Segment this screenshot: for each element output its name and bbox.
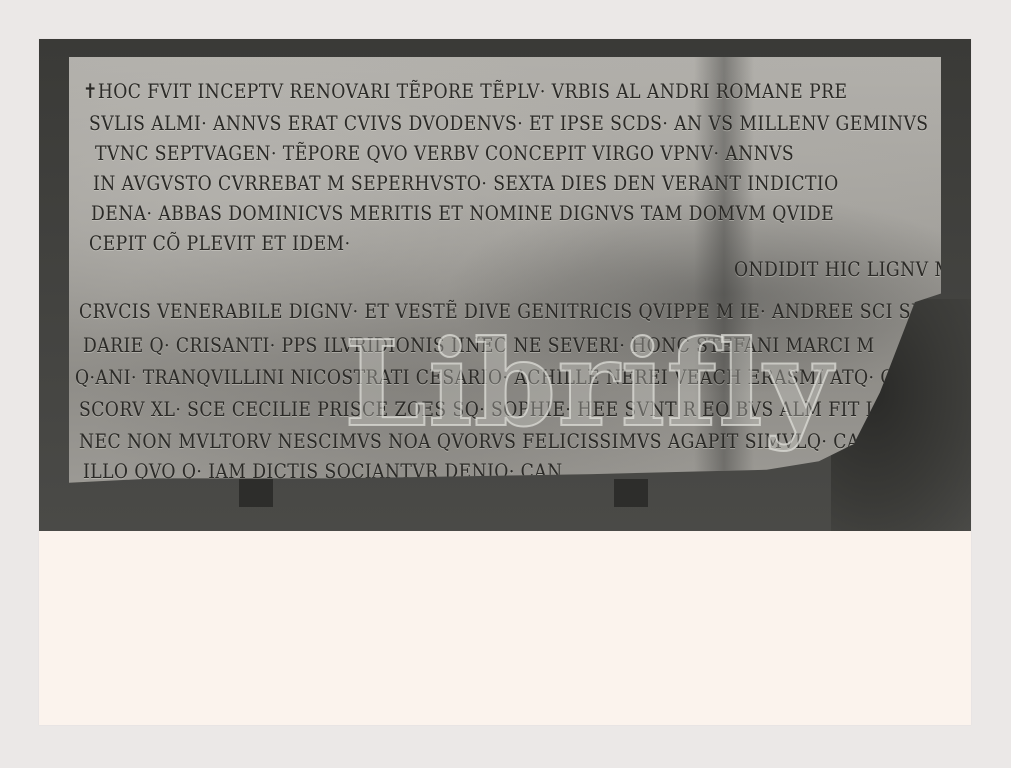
inscription-line-13: ILLO QVO Q· IAM DICTIS SOCIANTVR DENIQ· … — [83, 459, 563, 483]
inscription-photograph: ✝HOC FVIT INCEPTV RENOVARI TẼPORE TẼPLV·… — [39, 39, 971, 531]
inscription-line-3: TVNC SEPTVAGEN· TẼPORE QVO VERBV CONCEPI… — [95, 141, 794, 165]
inscription-line-4: IN AVGVSTO CVRREBAT M SEPERHVSTO· SEXTA … — [93, 171, 839, 195]
slab-support-right — [614, 479, 648, 507]
inscription-line-5: DENA· ABBAS DOMINICVS MERITIS ET NOMINE … — [91, 201, 834, 225]
inscription-line-6: CEPIT CÕ PLEVIT ET IDEM· — [89, 231, 350, 255]
inscription-line-1: ✝HOC FVIT INCEPTV RENOVARI TẼPORE TẼPLV·… — [83, 79, 847, 103]
slab-support-left — [239, 479, 273, 507]
inscription-line-2: SVLIS ALMI· ANNVS ERAT CVIVS DVODENVS· E… — [89, 111, 929, 135]
inscription-line-7: ONDIDIT HIC LIGNV M — [734, 257, 952, 281]
librifly-watermark: Librifly — [344, 314, 833, 453]
